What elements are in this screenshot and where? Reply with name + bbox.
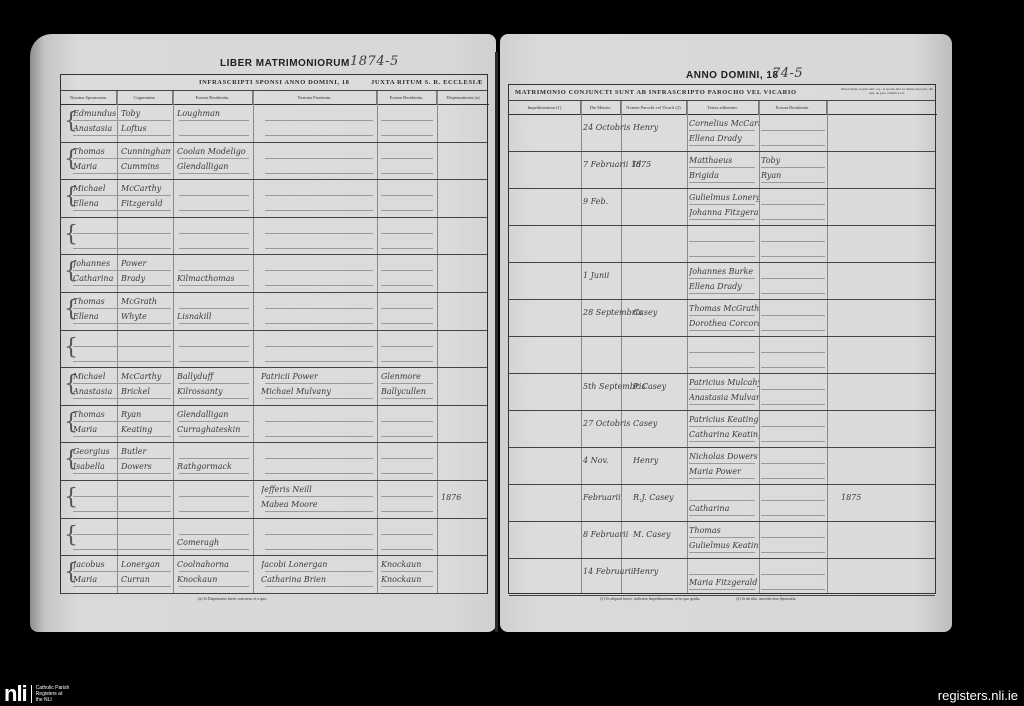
bride-residence: Lisnakill	[177, 312, 251, 321]
bride-first-name: Ellena	[73, 199, 117, 208]
witness-1: Thomas McGrath	[689, 304, 759, 313]
bride-parents: Michael Mulvany	[261, 387, 373, 396]
bride-parents-residence: Knockaun	[381, 575, 435, 584]
officiating-priest: P. Casey	[633, 382, 687, 391]
officiating-priest: R.J. Casey	[633, 493, 687, 502]
witness-1-residence: Toby	[761, 156, 825, 165]
groom-first-name: Thomas	[73, 410, 117, 419]
groom-first-name: Thomas	[73, 297, 117, 306]
register-viewer: LIBER MATRIMONIORUM 1874-5 INFRASCRIPTI …	[0, 0, 1024, 706]
bride-surname: Brady	[121, 274, 171, 283]
marriage-record-row: 28 SeptembrisCaseyThomas McGrathDorothea…	[509, 300, 935, 337]
bride-parents: Mabea Moore	[261, 500, 373, 509]
bride-residence: Kilrossanty	[177, 387, 251, 396]
marriage-record-row: 5th SeptembrisP. CaseyPatricius MulcahyA…	[509, 374, 935, 411]
observation: 1875	[841, 493, 931, 502]
marriage-record-row	[509, 337, 935, 374]
marriage-entry-row: {Comeragh	[61, 519, 487, 557]
marriage-entry-row: {MichaelAnastasiaMcCarthyBrickelBallyduf…	[61, 368, 487, 406]
brace-icon: {	[64, 224, 78, 246]
witness-2-residence: Ryan	[761, 171, 825, 180]
bride-first-name: Catharina	[73, 274, 117, 283]
right-footnote-1: (1) Si aliquod fuerit, indicetur Impedim…	[600, 596, 700, 601]
bride-surname: Keating	[121, 425, 171, 434]
groom-surname: Toby	[121, 109, 171, 118]
witness-1: Nicholas Dowers	[689, 452, 759, 461]
col-header-observations	[827, 101, 937, 115]
marriage-entry-row: {JohannesCatharinaPowerBradyKilmacthomas	[61, 255, 487, 293]
bride-surname: Loftus	[121, 124, 171, 133]
marriage-record-row: 7 Februarii 1875Id.MatthaeusBrigidaTobyR…	[509, 152, 935, 189]
witness-1: Patricius Mulcahy	[689, 378, 759, 387]
brace-icon: {	[64, 337, 78, 359]
witness-2: Ellena Drady	[689, 134, 759, 143]
right-page: ANNO DOMINI, 18 74-5 MATRIMONIO CONJUNCT…	[500, 34, 952, 632]
officiating-priest: Id.	[633, 160, 687, 169]
col-header-parents: Nomina Parentum.	[253, 91, 377, 105]
witness-1: Thomas	[689, 526, 759, 535]
marriage-date: 1 Junii	[583, 271, 687, 280]
bride-residence: Glendalligan	[177, 162, 251, 171]
col-header-date: Die Mensis.	[581, 101, 621, 115]
officiating-priest: Henry	[633, 456, 687, 465]
logo-line-3: the NLI	[36, 697, 70, 703]
brace-icon: {	[64, 487, 78, 509]
col-header-residence: Eorum Residentia.	[173, 91, 253, 105]
marriage-entry-row: {ThomasEllenaMcGrathWhyteLisnakill	[61, 293, 487, 331]
left-banner: INFRASCRIPTI SPONSI ANNO DOMINI, 18 JUXT…	[61, 75, 487, 91]
right-footnote-2: (2) Si ab alio, inscribe eius Sponsalia.	[736, 596, 796, 601]
groom-residence: Glendalligan	[177, 410, 251, 419]
col-header-impediment: Impedimentum (1)	[509, 101, 581, 115]
groom-parents: Patricii Power	[261, 372, 373, 381]
groom-surname: McCarthy	[121, 372, 171, 381]
officiating-priest: Casey	[633, 419, 687, 428]
witness-1: Matthaeus	[689, 156, 759, 165]
groom-surname: Power	[121, 259, 171, 268]
witness-2: Maria Fitzgerald	[689, 578, 759, 587]
groom-first-name: Jacobus	[73, 560, 117, 569]
marriage-entry-row: {ThomasMariaRyanKeatingGlendalliganCurra…	[61, 406, 487, 444]
nli-logo[interactable]: nli Catholic Parish Registers at the NLI	[4, 684, 69, 704]
bride-first-name: Isabella	[73, 462, 117, 471]
col-header-names: Nomina Sponsorum.	[61, 91, 117, 105]
groom-surname: McGrath	[121, 297, 171, 306]
bride-residence: Knockaun	[177, 575, 251, 584]
nli-logo-mark: nli	[4, 684, 27, 704]
bride-surname: Fitzgerald	[121, 199, 171, 208]
witness-2: Catharina Keating	[689, 430, 759, 439]
groom-residence: Loughman	[177, 109, 251, 118]
witness-2: Catharina	[689, 504, 759, 513]
col-header-parents-residence: Eorum Residentia.	[377, 91, 437, 105]
marriage-entry-row: {ThomasMariaCunninghamCumminsCoolan Mode…	[61, 143, 487, 181]
observation-note: Observanda, si quæ sint: e.g., si sponsi…	[839, 87, 935, 95]
marriage-record-row: 4 Nov.HenryNicholas DowersMaria Power	[509, 448, 935, 485]
left-register-table: INFRASCRIPTI SPONSI ANNO DOMINI, 18 JUXT…	[60, 74, 488, 594]
groom-first-name: Georgius	[73, 447, 117, 456]
left-footnote: (a) Si Dispensatio fuerit concessa, et a…	[198, 596, 267, 601]
witness-2: Gulielmus Keating	[689, 541, 759, 550]
bride-surname: Cummins	[121, 162, 171, 171]
logo-divider	[31, 685, 32, 703]
witness-1: Johannes Burke	[689, 267, 759, 276]
marriage-entry-row: {EdmundusAnastasiaTobyLoftusLoughman	[61, 105, 487, 143]
register-book: LIBER MATRIMONIORUM 1874-5 INFRASCRIPTI …	[26, 28, 956, 634]
marriage-record-row: 24 OctobrisHenryCornelius McCarthyEllena…	[509, 115, 935, 152]
bride-first-name: Maria	[73, 425, 117, 434]
groom-parents-residence: Knockaun	[381, 560, 435, 569]
bride-first-name: Maria	[73, 575, 117, 584]
left-page-year: 1874-5	[350, 54, 399, 69]
groom-residence: Coolan Modeligo	[177, 147, 251, 156]
bride-residence: Curraghateskin	[177, 425, 251, 434]
left-page-title: LIBER MATRIMONIORUM	[220, 58, 350, 69]
col-header-witnesses: Testes adfuerunt.	[687, 101, 759, 115]
marriage-entry-row: {MichaelEllenaMcCarthyFitzgerald	[61, 180, 487, 218]
marriage-date: 9 Feb.	[583, 197, 687, 206]
brace-icon: {	[64, 525, 78, 547]
officiating-priest: Henry	[633, 567, 687, 576]
col-header-surnames: Cognomina.	[117, 91, 173, 105]
groom-parents: Jefferis Neill	[261, 485, 373, 494]
groom-parents: Jacobi Lonergan	[261, 560, 373, 569]
banner-text-left: INFRASCRIPTI SPONSI ANNO DOMINI, 18	[199, 79, 349, 86]
bride-parents: Catharina Brien	[261, 575, 373, 584]
groom-first-name: Johannes	[73, 259, 117, 268]
witness-2: Johanna Fitzgerald	[689, 208, 759, 217]
marriage-record-row: 27 OctobrisCaseyPatricius KeatingCathari…	[509, 411, 935, 448]
officiating-priest: Henry	[633, 123, 687, 132]
nli-logo-text: Catholic Parish Registers at the NLI	[36, 685, 70, 703]
bride-residence: Rathgormack	[177, 462, 251, 471]
bride-first-name: Ellena	[73, 312, 117, 321]
marriage-entry-row: {JacobusMariaLonerganCurranCoolnahornaKn…	[61, 556, 487, 594]
bride-surname: Dowers	[121, 462, 171, 471]
right-register-table: MATRIMONIO CONJUNCTI SUNT AB INFRASCRIPT…	[508, 84, 936, 594]
site-link[interactable]: registers.nli.ie	[938, 688, 1018, 703]
witness-2: Ellena Drady	[689, 282, 759, 291]
marriage-record-row: 8 FebruariiM. CaseyThomasGulielmus Keati…	[509, 522, 935, 559]
bride-surname: Whyte	[121, 312, 171, 321]
right-page-title: ANNO DOMINI, 18	[686, 70, 779, 81]
col-header-dispensations: Dispensationes (a)	[437, 91, 489, 105]
witness-2: Brigida	[689, 171, 759, 180]
dispensation: 1876	[441, 493, 485, 502]
groom-residence: Ballyduff	[177, 372, 251, 381]
officiating-priest: M. Casey	[633, 530, 687, 539]
marriage-entry-row: {	[61, 218, 487, 256]
bride-first-name: Anastasia	[73, 387, 117, 396]
witness-2: Anastasia Mulvany	[689, 393, 759, 402]
bride-residence: Kilmacthomas	[177, 274, 251, 283]
witness-2: Maria Power	[689, 467, 759, 476]
groom-surname: Lonergan	[121, 560, 171, 569]
right-page-year: 74-5	[772, 66, 803, 81]
marriage-record-row: 1 JuniiJohannes BurkeEllena Drady	[509, 263, 935, 300]
bride-residence: Comeragh	[177, 538, 251, 547]
groom-surname: McCarthy	[121, 184, 171, 193]
marriage-entry-row: {Jefferis NeillMabea Moore1876	[61, 481, 487, 519]
groom-surname: Butler	[121, 447, 171, 456]
book-spine	[495, 52, 498, 632]
banner-text-right: JUXTA RITUM S. R. ECCLESIÆ	[371, 79, 483, 86]
groom-first-name: Edmundus	[73, 109, 117, 118]
marriage-entry-row: {	[61, 331, 487, 369]
col-header-priest: Nomen Parochi vel Vicarii (2)	[621, 101, 687, 115]
bride-first-name: Maria	[73, 162, 117, 171]
marriage-entry-row: {GeorgiusIsabellaButlerDowersRathgormack	[61, 443, 487, 481]
groom-first-name: Michael	[73, 184, 117, 193]
bride-surname: Brickel	[121, 387, 171, 396]
witness-2: Dorothea Corcoran	[689, 319, 759, 328]
groom-residence: Coolnahorna	[177, 560, 251, 569]
groom-first-name: Michael	[73, 372, 117, 381]
marriage-record-row	[509, 226, 935, 263]
bride-parents-residence: Ballycullen	[381, 387, 435, 396]
marriage-record-row: 9 Feb.Gulielmus LonerganJohanna Fitzgera…	[509, 189, 935, 226]
witness-1: Gulielmus Lonergan	[689, 193, 759, 202]
groom-surname: Ryan	[121, 410, 171, 419]
witness-1: Cornelius McCarthy	[689, 119, 759, 128]
groom-parents-residence: Glenmore	[381, 372, 435, 381]
groom-first-name: Thomas	[73, 147, 117, 156]
col-header-witness-residence: Eorum Residentia.	[759, 101, 827, 115]
bride-first-name: Anastasia	[73, 124, 117, 133]
officiating-priest: Casey	[633, 308, 687, 317]
witness-1: Patricius Keating	[689, 415, 759, 424]
left-page: LIBER MATRIMONIORUM 1874-5 INFRASCRIPTI …	[30, 34, 496, 632]
groom-surname: Cunningham	[121, 147, 171, 156]
marriage-record-row: 14 FebruariiHenryMaria Fitzgerald	[509, 559, 935, 596]
bride-surname: Curran	[121, 575, 171, 584]
marriage-record-row: FebruariiR.J. CaseyCatharina1875	[509, 485, 935, 522]
banner-text: MATRIMONIO CONJUNCTI SUNT AB INFRASCRIPT…	[515, 89, 797, 96]
